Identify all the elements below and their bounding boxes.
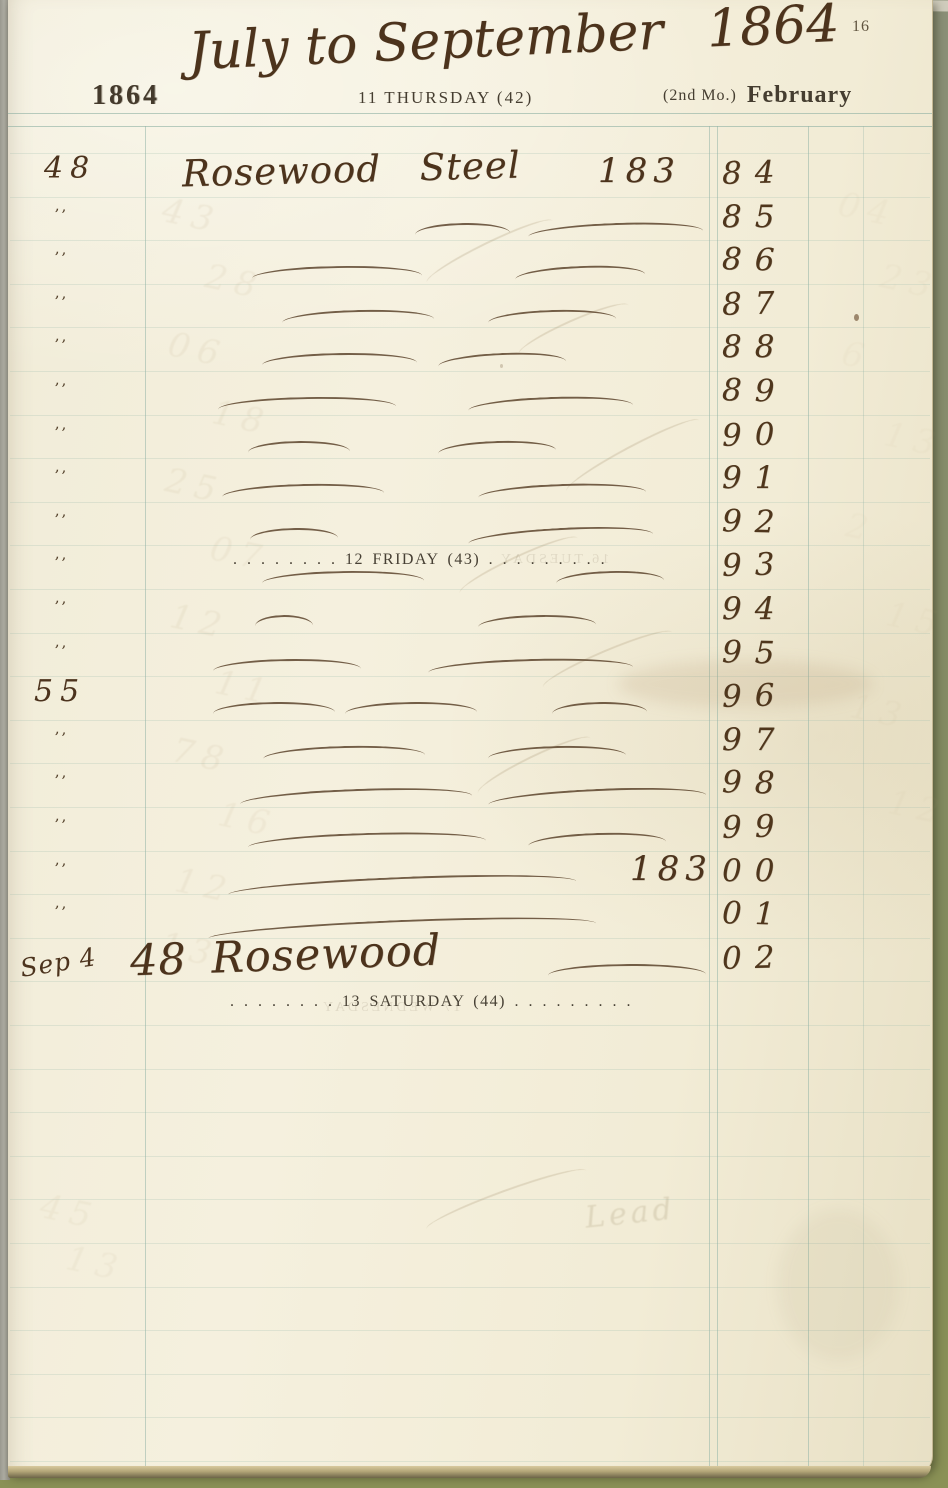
ditto-dash-stroke: [548, 962, 706, 978]
ledger-row: ’’18300: [8, 853, 932, 897]
amount-183: 183: [630, 849, 713, 889]
horizontal-rule: [10, 1112, 930, 1113]
ditto-mark: ’’: [53, 903, 68, 922]
ditto-dash-stroke: [478, 481, 646, 501]
row-number: 96: [722, 677, 788, 715]
margin-entry: 55: [34, 674, 86, 709]
ditto-dash-stroke: [218, 395, 396, 413]
row-number: 01: [722, 895, 788, 933]
ditto-mark: ’’: [53, 467, 68, 486]
diary-page: 4328061825071211781612130423613215131245…: [8, 0, 933, 1474]
ditto-dash-stroke: [478, 613, 596, 630]
horizontal-rule: [10, 1374, 930, 1375]
saturday-header: . . . . . . . . 13 SATURDAY (44) . . . .…: [230, 993, 632, 1011]
printed-day-header: 11 THURSDAY (42): [358, 88, 533, 108]
row-number: 91: [722, 460, 787, 496]
ditto-dash-stroke: [438, 438, 556, 456]
ditto-dash-stroke: [262, 351, 417, 368]
ledger-row: Sep 448 Rosewood02: [8, 940, 932, 984]
ledger-row: 48Rosewood Steel18384: [8, 155, 932, 199]
page-number: 16: [852, 18, 870, 36]
ledger-row: ’’85: [8, 199, 932, 243]
row-number: 92: [722, 503, 788, 541]
ditto-mark: ’’: [53, 597, 68, 616]
margin-entry: 48: [44, 151, 96, 186]
ledger-row: 5596: [8, 678, 932, 722]
month-name: February: [747, 82, 852, 108]
bleed-through-ghost: 45: [36, 1186, 102, 1237]
row-number: 86: [722, 241, 788, 279]
ledger-row: ’’87: [8, 286, 932, 330]
row-number: 00: [722, 853, 787, 889]
ledger-row: ’’99: [8, 809, 932, 853]
ditto-dash-stroke: [248, 829, 486, 850]
handwritten-title-text: July to September: [187, 2, 664, 83]
ditto-dash-stroke: [428, 655, 633, 675]
ditto-dash-stroke: [528, 830, 666, 849]
paper-stain: [778, 1210, 898, 1360]
row-number: 98: [722, 765, 788, 803]
ditto-mark: ’’: [53, 815, 68, 834]
row-number: 84: [722, 154, 788, 192]
ditto-dash-stroke: [248, 439, 350, 455]
header-band-line: [8, 126, 932, 127]
row-number: 95: [722, 634, 788, 672]
margin-entry: Sep 4: [18, 942, 98, 983]
ditto-dash-stroke: [345, 700, 477, 716]
ledger-row: ’’90: [8, 417, 932, 461]
row-number: 93: [722, 547, 788, 585]
ledger-row: ’’93: [8, 547, 932, 591]
ditto-dash-stroke: [528, 219, 703, 240]
page-bottom-stacked-edge: [8, 1466, 931, 1478]
ledger-row: ’’92: [8, 504, 932, 548]
ditto-mark: ’’: [53, 772, 68, 791]
ditto-dash-stroke: [263, 743, 425, 762]
ditto-dash-stroke: [240, 784, 472, 807]
bleed-through-stroke: [423, 1161, 587, 1230]
ditto-dash-stroke: [255, 614, 313, 629]
ledger-row: ’’98: [8, 765, 932, 809]
row-number: 02: [722, 939, 788, 977]
ledger-row: ’’97: [8, 722, 932, 766]
ditto-dash-stroke: [515, 263, 646, 283]
horizontal-rule: [10, 1025, 930, 1026]
faint-pencil-note: Lead: [583, 1191, 677, 1235]
ditto-dash-stroke: [415, 221, 510, 237]
ditto-dash-stroke: [252, 264, 422, 281]
ditto-dash-stroke: [488, 784, 706, 808]
amount-183: 183: [598, 151, 681, 191]
ditto-dash-stroke: [468, 393, 633, 413]
ledger-row: ’’01: [8, 896, 932, 940]
ditto-dash-stroke: [282, 307, 434, 325]
horizontal-rule: [10, 1199, 930, 1200]
ditto-dash-stroke: [222, 481, 384, 500]
ditto-dash-stroke: [468, 522, 653, 546]
row-number: 87: [722, 285, 788, 323]
ditto-mark: ’’: [53, 205, 68, 224]
bleed-through-ghost: 13: [62, 1238, 128, 1289]
ditto-mark: ’’: [53, 292, 68, 311]
ditto-dash-stroke: [262, 569, 424, 586]
ditto-dash-stroke: [552, 701, 647, 717]
ditto-dash-stroke: [213, 701, 335, 717]
ledger-row: ’’95: [8, 635, 932, 679]
horizontal-rule: [10, 1069, 930, 1070]
ditto-mark: ’’: [53, 728, 68, 747]
month-prefix: (2nd Mo.): [663, 87, 737, 104]
ditto-mark: ’’: [53, 859, 68, 878]
ditto-mark: ’’: [53, 641, 68, 660]
ditto-mark: ’’: [53, 249, 68, 268]
ledger-row: ’’88: [8, 329, 932, 373]
handwritten-title: July to September1864: [187, 0, 841, 82]
handwritten-year: 1864: [706, 0, 841, 60]
row-number: 90: [722, 416, 788, 454]
ditto-dash-stroke: [228, 869, 576, 897]
ditto-mark: ’’: [53, 510, 68, 529]
ditto-dash-stroke: [250, 526, 338, 542]
entry-text: 48 Rosewood: [129, 925, 442, 986]
ditto-dash-stroke: [438, 350, 567, 370]
row-number: 99: [722, 808, 788, 846]
ditto-dash-stroke: [488, 307, 616, 326]
ditto-mark: ’’: [53, 336, 68, 355]
ledger-row: ’’86: [8, 242, 932, 286]
printed-year: 1864: [92, 80, 160, 112]
horizontal-rule: [10, 1461, 930, 1462]
ditto-mark: ’’: [53, 379, 68, 398]
diary-scan: 4328061825071211781612130423613215131245…: [0, 0, 948, 1488]
ledger-row: ’’94: [8, 591, 932, 635]
ledger-row: ’’91: [8, 460, 932, 504]
header-band-line: [8, 113, 932, 114]
entry-text: Rosewood Steel: [181, 144, 521, 196]
ditto-mark: ’’: [53, 423, 68, 442]
row-number: 88: [722, 329, 787, 365]
ditto-dash-stroke: [213, 657, 361, 674]
printed-month-header: (2nd Mo.) February: [663, 82, 852, 109]
horizontal-rule: [10, 1417, 930, 1418]
ditto-dash-stroke: [556, 569, 664, 587]
row-number: 85: [722, 199, 787, 235]
ditto-mark: ’’: [53, 554, 68, 573]
ditto-dash-stroke: [488, 743, 626, 761]
row-number: 94: [722, 591, 787, 627]
row-number: 89: [722, 372, 788, 410]
horizontal-rule: [10, 1156, 930, 1157]
ledger-row: ’’89: [8, 373, 932, 417]
row-number: 97: [722, 722, 787, 758]
